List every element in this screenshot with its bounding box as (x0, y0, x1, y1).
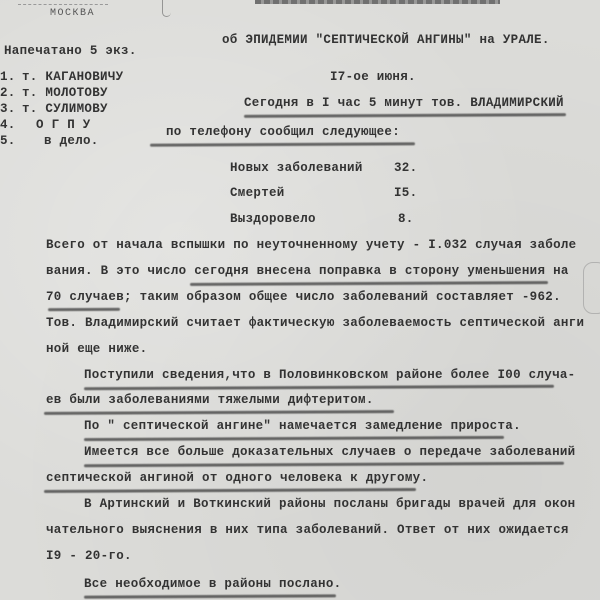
document-page: МОСКВА Напечатано 5 экз. об ЭПИДЕМИИ "СЕ… (0, 0, 600, 600)
intro-line-1: Сегодня в I час 5 минут тов. ВЛАДИМИРСКИ… (244, 96, 564, 110)
intro-line-2: по телефону сообщил следующее: (166, 125, 400, 139)
body-line: По " септической ангине" намечается заме… (84, 419, 521, 433)
body-line: Всего от начала вспышки по неуточненному… (46, 238, 576, 252)
underline (84, 462, 564, 468)
body-line: Поступили сведения,что в Половинковском … (84, 368, 575, 382)
underline (84, 385, 554, 390)
distribution-addressee: в дело. (44, 134, 99, 148)
distribution-addressee: т. КАГАНОВИЧУ (22, 70, 123, 84)
body-line: Тов. Владимирский считает фактическую за… (46, 316, 584, 330)
body-line: 70 случаев; таким образом общее число за… (46, 290, 561, 304)
document-date: I7-ое июня. (330, 70, 416, 84)
underline (44, 488, 416, 493)
underline (244, 113, 566, 118)
distribution-addressee: т. МОЛОТОВУ (22, 86, 108, 100)
underline (190, 281, 548, 286)
body-line: вания. В это число сегодня внесена попра… (46, 264, 569, 278)
stat-value: I5. (394, 186, 417, 200)
body-line: ев были заболеваниями тяжелыми дифтерито… (46, 393, 374, 407)
letterhead-city: МОСКВА (50, 8, 95, 19)
distribution-num: 2. (0, 86, 16, 100)
document-title: об ЭПИДЕМИИ "СЕПТИЧЕСКОЙ АНГИНЫ" на УРАЛ… (222, 33, 550, 47)
struck-header-line (255, 0, 500, 4)
stat-label: Выздоровело (230, 212, 316, 226)
body-line: ной еще ниже. (46, 342, 147, 356)
margin-stamp (583, 262, 600, 314)
distribution-num: 4. (0, 118, 16, 132)
body-line: Имеется все больше доказательных случаев… (84, 445, 575, 459)
distribution-addressee: т. СУЛИМОВУ (22, 102, 108, 116)
body-line: В Артинский и Воткинский районы посланы … (84, 497, 575, 511)
distribution-num: 1. (0, 70, 16, 84)
body-line: I9 - 20-го. (46, 549, 132, 563)
underline (84, 436, 504, 441)
underline (44, 410, 394, 415)
body-line: чательного выяснения в них типа заболева… (46, 523, 569, 537)
stat-label: Новых заболеваний (230, 161, 363, 175)
stat-value: 32. (394, 161, 417, 175)
distribution-addressee: О Г П У (36, 118, 91, 132)
printed-copies: Напечатано 5 экз. (4, 44, 137, 58)
pen-mark (162, 0, 171, 17)
body-line: Все необходимое в районы послано. (84, 577, 341, 591)
body-line: септической ангиной от одного человека к… (46, 471, 428, 485)
underline (48, 308, 120, 311)
stat-label: Смертей (230, 186, 285, 200)
distribution-num: 5. (0, 134, 16, 148)
distribution-num: 3. (0, 102, 16, 116)
underline (84, 594, 336, 598)
stat-value: 8. (398, 212, 414, 226)
underline (150, 142, 415, 146)
letterhead-rule (18, 4, 108, 6)
